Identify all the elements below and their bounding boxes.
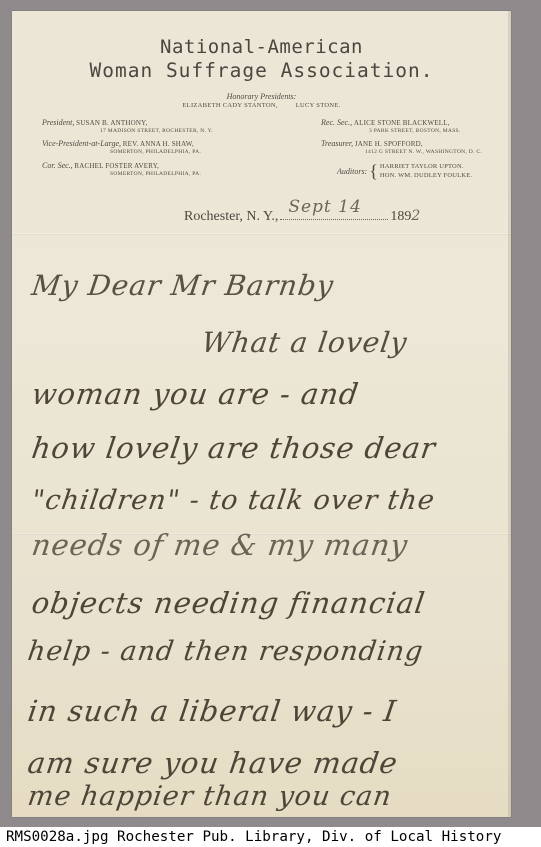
honorary-president: ELIZABETH CADY STANTON, xyxy=(182,102,277,109)
dateline-year-printed: 189 xyxy=(390,209,411,224)
date-dotted-line: Sept 14 xyxy=(280,209,388,220)
salutation: My Dear Mr Barnby xyxy=(30,269,336,302)
officer-role: Treasurer, xyxy=(321,139,353,148)
officer-name: Rachel Foster Avery, xyxy=(74,162,159,170)
officer-treasurer: Treasurer, Jane H. Spofford, 1412 G Stre… xyxy=(321,139,482,155)
honorary-president: LUCY STONE. xyxy=(296,102,341,109)
letter-line: objects needing financial xyxy=(30,586,428,620)
auditors-block: Auditors: { Harriet Taylor Upton. Hon. W… xyxy=(337,162,472,180)
organization-name-line2: Woman Suffrage Association. xyxy=(12,59,511,82)
officer-address: 17 Madison Street, Rochester, N. Y. xyxy=(42,128,213,134)
officer-role: Vice-President-at-Large, xyxy=(42,139,121,148)
dateline: Rochester, N. Y.,Sept 141892 xyxy=(184,208,420,225)
letter-line: how lovely are those dear xyxy=(30,431,439,465)
letter-line: What a lovely xyxy=(200,326,410,359)
officer-address: Somerton, Philadelphia, Pa. xyxy=(42,171,201,177)
officer-role: President, xyxy=(42,118,74,127)
auditor-name: Harriet Taylor Upton. xyxy=(380,162,472,171)
officer-president: President, Susan B. Anthony, 17 Madison … xyxy=(42,118,213,134)
scan-background: National-American Woman Suffrage Associa… xyxy=(0,0,541,827)
handwritten-date: Sept 14 xyxy=(288,197,361,217)
paper-edge-shadow xyxy=(508,11,511,817)
letter-line: help - and then responding xyxy=(26,636,426,667)
officer-name: Rev. Anna H. Shaw, xyxy=(123,140,194,148)
letter-page: National-American Woman Suffrage Associa… xyxy=(12,11,511,817)
officer-name: Susan B. Anthony, xyxy=(76,119,147,127)
honorary-presidents-names: ELIZABETH CADY STANTON, LUCY STONE. xyxy=(12,102,511,109)
officer-vice-president: Vice-President-at-Large, Rev. Anna H. Sh… xyxy=(42,139,201,155)
officer-address: Somerton, Philadelphia, Pa. xyxy=(42,149,201,155)
honorary-presidents-label: Honorary Presidents: xyxy=(12,92,511,101)
officer-recording-secretary: Rec. Sec., Alice Stone Blackwell, 3 Park… xyxy=(321,118,461,134)
letter-line: in such a liberal way - I xyxy=(26,694,399,728)
officer-address: 1412 G Street N. W., Washington, D. C. xyxy=(321,149,482,155)
auditor-name: Hon. Wm. Dudley Foulke. xyxy=(380,171,472,180)
letter-line: me happier than you can xyxy=(26,781,394,812)
image-caption: RMS0028a.jpg Rochester Pub. Library, Div… xyxy=(6,827,501,847)
letter-line: woman you are - and xyxy=(30,377,362,411)
dateline-year-handwritten: 2 xyxy=(411,208,420,224)
letter-line: "children" - to talk over the xyxy=(30,485,437,516)
organization-name-line1: National-American xyxy=(12,36,511,58)
letter-line: needs of me & my many xyxy=(30,528,411,562)
fold-line xyxy=(12,233,511,235)
officer-corresponding-secretary: Cor. Sec., Rachel Foster Avery, Somerton… xyxy=(42,161,201,177)
officer-address: 3 Park Street, Boston, Mass. xyxy=(321,128,461,134)
auditors-label: Auditors: xyxy=(337,167,367,176)
auditors-names: Harriet Taylor Upton. Hon. Wm. Dudley Fo… xyxy=(380,162,472,180)
officer-name: Jane H. Spofford, xyxy=(355,140,423,148)
officer-role: Rec. Sec., xyxy=(321,118,352,127)
officer-name: Alice Stone Blackwell, xyxy=(354,119,450,127)
dateline-place: Rochester, N. Y., xyxy=(184,209,278,224)
brace-glyph: { xyxy=(369,162,378,180)
officer-role: Cor. Sec., xyxy=(42,161,73,170)
letter-line: am sure you have made xyxy=(26,746,401,780)
